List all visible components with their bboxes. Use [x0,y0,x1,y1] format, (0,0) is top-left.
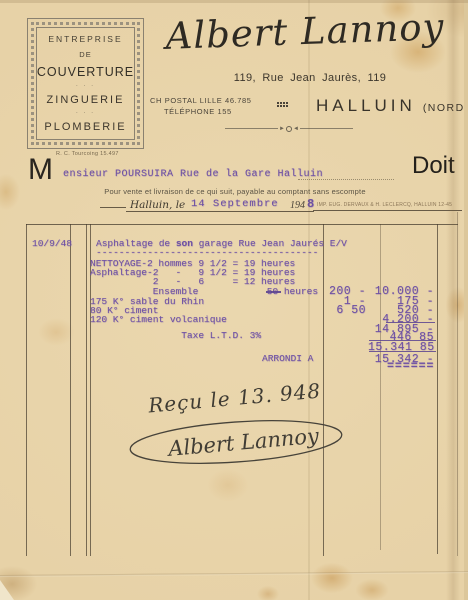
vertical-fold-crease [308,0,310,600]
phone-line: TÉLÉPHONE 155 [150,106,252,117]
arrow-ornament-icon: ►◄ [225,124,353,133]
service-plomberie: PLOMBERIE [44,121,126,133]
postal-account-line: CH POSTAL LILLE 46.785 [150,95,252,106]
service-zinguerie: ZINGUERIE [47,94,125,106]
customer-name-line: ensieur POURSUIRA Rue de la Gare Halluin [63,169,323,180]
services-box: ENTREPRISE DE COUVERTURE · · · ZINGUERIE… [27,18,144,149]
paper-top-edge [0,0,468,3]
right-fold-crease [446,0,462,600]
ornament-arrow-right: ► [278,126,286,132]
typed-date: 14 Septembre [191,198,279,210]
signature-name: Albert Lannoy [165,424,321,461]
strike-mark [266,291,281,293]
services-box-inner: ENTREPRISE DE COUVERTURE · · · ZINGUERIE… [36,27,135,140]
arrondi-equals-underline: ====== [387,360,434,373]
row-desc-arrondi: ARRONDI A [262,353,313,364]
table-rule-price-right [380,224,381,550]
company-name-script: Albert Lannoy [149,5,460,59]
ornament-arrow-left: ◄ [292,126,300,132]
customer-dotted-line [298,167,394,180]
invoice-date: 10/9/48 [32,238,72,249]
table-rule-date-right [70,224,71,556]
service-de: DE [79,50,91,59]
place-date-label: Halluin, le [130,199,185,211]
service-entreprise: ENTREPRISE [48,34,122,44]
date-underline [126,211,314,212]
printer-credit-underline [313,210,462,211]
row-desc-volcanique: 120 K° ciment volcanique [90,314,227,325]
divider-ornament: · · · [76,112,95,115]
monsieur-initial: M [28,153,53,187]
grand-total-underline [369,351,436,352]
contact-block: CH POSTAL LILLE 46.785 TÉLÉPHONE 155 [150,95,252,117]
payment-terms-line: Pour vente et livraison de ce qui suit, … [90,187,380,196]
bottom-left-corner-fold [0,580,14,600]
table-rule-left [26,224,27,556]
ornament-line-left [225,128,278,129]
service-couverture: COUVERTURE [37,65,134,79]
bottom-crease [0,571,468,577]
signature: Albert Lannoy [122,408,354,474]
printer-credit: IMP. EUG. DERVAUX & H. LECLERCQ, HALLUIN… [317,202,452,208]
dots-ornament-icon [277,102,279,104]
date-line-dash [100,207,126,208]
unit-price-ciment: 6 50 [326,304,366,317]
table-rule-double-a [86,224,87,556]
company-address: 119, Rue Jean Jaurès, 119 [210,72,410,84]
row-desc-taxe: Taxe L.T.D. 3% [90,330,261,341]
divider-ornament: · · · [76,85,95,88]
dashed-divider: --------------------------------------- [96,247,318,258]
table-rule-desc-right [323,224,324,556]
paper-right-edge [464,0,468,600]
city-name: HALLUIN [316,96,416,116]
rc-registration-caption: R. C. Tourcoing 15.497 [56,151,119,157]
table-rule-total-right [437,224,438,554]
printed-year: 194 [290,200,305,211]
services-box-ornate-border: ENTREPRISE DE COUVERTURE · · · ZINGUERIE… [31,22,140,145]
invoice-page: ENTREPRISE DE COUVERTURE · · · ZINGUERIE… [0,0,468,600]
